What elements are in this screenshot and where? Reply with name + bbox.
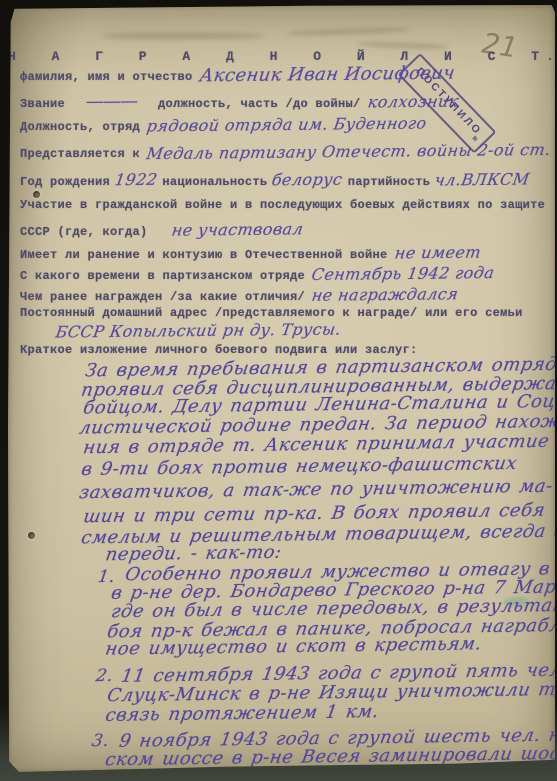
summary-line: захватчиков, а так-же по уничтожению ма- xyxy=(78,476,555,504)
field-birth-nationality-party: Год рождения 1922 национальность белорус… xyxy=(20,170,553,189)
summary-label: Краткое изложение личного боевого подвиг… xyxy=(20,343,418,357)
pencil-smudge xyxy=(288,27,408,36)
civil-war-label-line2: СССР (где, когда) xyxy=(20,225,148,239)
rank-value-dash: ——— xyxy=(84,91,138,113)
item-line: ное имущество и скот в крестьям. xyxy=(104,633,484,659)
since-value: Сентябрь 1942 года xyxy=(310,263,495,284)
prev-awards-value: не награждался xyxy=(311,284,460,305)
prev-awards-label: Чем ранее награжден /за какие отличия/ xyxy=(20,290,305,304)
punch-hole xyxy=(28,532,35,539)
rank-label: Звание xyxy=(20,97,65,111)
field-address-value-row: БССР Копыльский рн ду. Трусы. xyxy=(56,321,553,340)
civil-war-value: не участвовал xyxy=(170,219,304,239)
full-name-label: фамилия, имя и отчество xyxy=(20,70,193,84)
punch-hole xyxy=(33,191,40,198)
document-page: 21 ПОСТУПИЛО № Н А Г Р А Д Н О Й Л И С Т… xyxy=(8,5,555,772)
position-prewar-label: должность, часть /до войны/ xyxy=(158,97,361,111)
item-line: связь протяжением 1 км. xyxy=(104,701,381,726)
full-name-value: Аксеник Иван Иосифович xyxy=(198,63,456,87)
pencil-smudge xyxy=(103,33,263,39)
field-since: С какого времени в партизанском отряде С… xyxy=(20,264,553,283)
item-number: 3. xyxy=(91,731,111,751)
ink-smudge xyxy=(438,765,498,771)
document-title: Н А Г Р А Д Н О Й Л И С Т. xyxy=(8,49,555,64)
party-label: партийность xyxy=(348,175,431,189)
nationality-value: белорус xyxy=(271,170,344,190)
civil-war-label-line1: Участие в гражданской войне и в последую… xyxy=(20,198,545,212)
field-rank: Звание ——— должность, часть /до войны/ к… xyxy=(20,91,553,112)
field-full-name: фамилия, имя и отчество Аксеник Иван Иос… xyxy=(20,64,553,85)
field-unit: Должность, отряд рядовой отряда им. Буде… xyxy=(20,115,553,134)
wounds-value: не имеет xyxy=(393,243,482,263)
unit-label: Должность, отряд xyxy=(20,120,140,134)
field-prev-awards: Чем ранее награжден /за какие отличия/ н… xyxy=(20,285,553,304)
unit-value: рядовой отряда им. Буденного xyxy=(145,114,428,136)
address-value: БССР Копыльский рн ду. Трусы. xyxy=(54,320,342,342)
award-value: Медаль партизану Отечест. войны 2-ой ст. xyxy=(145,140,552,163)
award-label: Представляется к xyxy=(20,147,140,161)
birth-year-value: 1922 xyxy=(114,170,159,189)
position-prewar-value: колхозник xyxy=(366,92,460,112)
field-address-label-row: Постоянный домашний адрес /представляемо… xyxy=(20,306,553,320)
address-label: Постоянный домашний адрес /представляемо… xyxy=(20,306,523,320)
since-label: С какого времени в партизанском отряде xyxy=(20,269,305,283)
nationality-label: национальность xyxy=(162,175,267,189)
field-award: Представляется к Медаль партизану Отечес… xyxy=(20,142,553,161)
party-value: чл.ВЛКСМ xyxy=(434,170,532,190)
item-number: 2. xyxy=(95,666,115,686)
field-civil-war-line1: Участие в гражданской войне и в последую… xyxy=(20,198,553,212)
field-civil-war-line2: СССР (где, когда) не участвовал xyxy=(20,220,553,239)
birth-year-label: Год рождения xyxy=(20,175,110,189)
field-wounds: Имеет ли ранение и контузию в Отечествен… xyxy=(20,243,553,262)
wounds-label: Имеет ли ранение и контузию в Отечествен… xyxy=(20,248,388,262)
